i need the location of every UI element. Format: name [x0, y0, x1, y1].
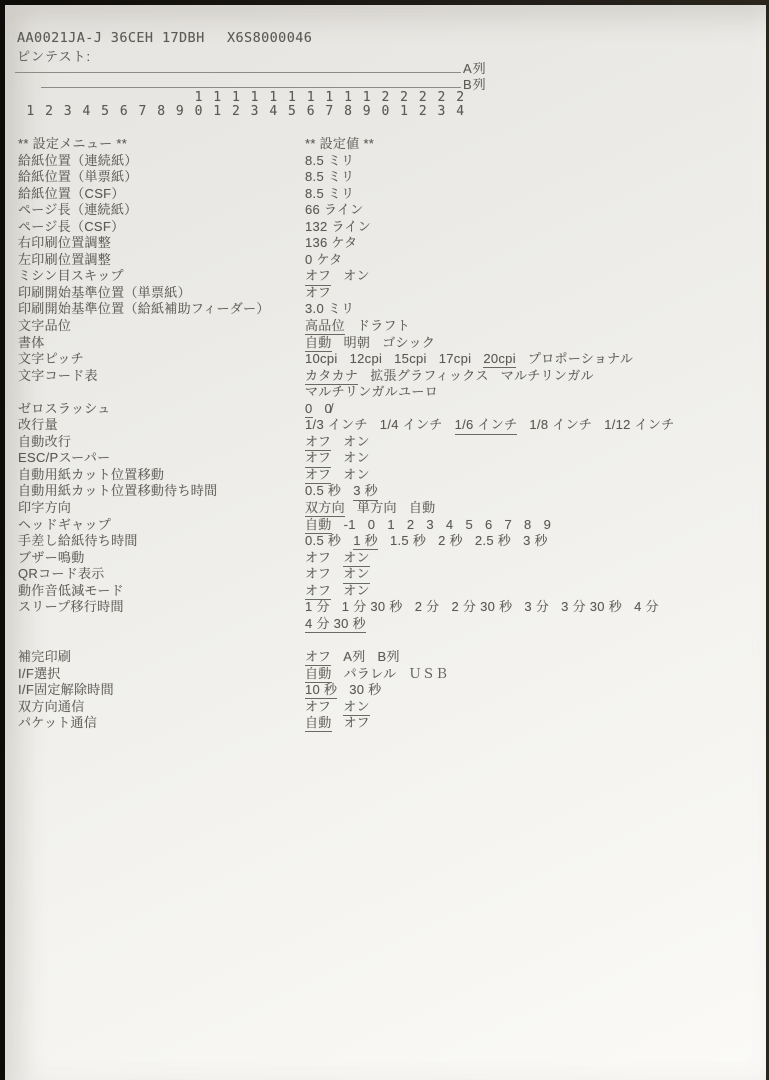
setting-value: 3.0 ミリ	[305, 301, 366, 317]
ruler-column: 9	[171, 91, 190, 119]
setting-value: オフオン	[305, 268, 382, 285]
settings-row: 印字方向双方向単方向自動	[18, 500, 758, 517]
setting-option-selected: カタカナ	[305, 368, 358, 385]
settings-row: ヘッドギャップ自動-10123456789	[18, 517, 758, 534]
setting-option: 0̸	[325, 401, 333, 417]
ruler-units-digit: 4	[264, 105, 283, 119]
settings-header-row: ** 設定メニュー **** 設定値 **	[18, 136, 758, 153]
setting-value: 自動パラレルＵＳＢ	[305, 666, 460, 683]
ruler-column: 3	[58, 91, 77, 119]
setting-value: 136 ケタ	[305, 235, 369, 251]
setting-value: 10cpi12cpi15cpi17cpi20cpiプロポーショナル	[305, 351, 645, 368]
pin-test-label: ピンテスト:	[17, 46, 91, 65]
setting-value: カタカナ拡張グラフィックスマルチリンガル	[305, 368, 606, 385]
setting-value: オフオン	[305, 699, 382, 716]
ruler-tens-digit	[114, 91, 133, 105]
setting-option: オン	[343, 450, 370, 466]
ruler-tens-digit	[21, 91, 40, 105]
setting-option-selected: 自動	[305, 715, 332, 732]
ruler-tens-digit: 1	[208, 91, 227, 105]
setting-option: マルチリンガルユーロ	[305, 384, 438, 400]
setting-option: 66 ライン	[305, 202, 363, 218]
setting-option: マルチリンガル	[501, 368, 594, 384]
setting-value: マルチリンガルユーロ	[305, 384, 450, 400]
ruler-tens-digit: 2	[413, 91, 432, 105]
setting-value: 10 秒30 秒	[305, 682, 394, 699]
pin-row-a-line	[15, 72, 461, 73]
setting-option-selected: オフ	[305, 649, 331, 666]
setting-option: 9	[544, 517, 552, 533]
setting-option: 8.5 ミリ	[305, 169, 354, 185]
setting-option: 4 分	[634, 599, 659, 615]
setting-label: 左印刷位置調整	[18, 252, 111, 268]
ruler-column: 12	[227, 91, 246, 119]
setting-label: パケット通信	[18, 715, 97, 731]
setting-option: 1	[387, 517, 395, 533]
setting-value: ** 設定値 **	[305, 136, 386, 152]
ruler-units-digit: 2	[413, 105, 432, 119]
setting-label: 文字品位	[18, 318, 71, 334]
setting-value: オフA列B列	[305, 649, 412, 666]
settings-row: ページ長（連続紙）66 ライン	[18, 202, 758, 219]
setting-option-selected: オン	[343, 550, 370, 567]
setting-option: 4	[446, 517, 454, 533]
ruler-tens-digit: 1	[301, 91, 320, 105]
setting-value: 双方向単方向自動	[305, 500, 447, 517]
ruler-column: 15	[283, 91, 302, 119]
settings-row: 自動用紙カット位置移動オフオン	[18, 467, 758, 484]
ruler-units-digit: 1	[21, 105, 40, 119]
setting-option: ** 設定値 **	[305, 136, 374, 152]
ruler-tens-digit	[77, 91, 96, 105]
ruler-units-digit: 3	[58, 105, 77, 119]
ruler-column: 7	[133, 91, 152, 119]
setting-option: オフ	[344, 715, 370, 731]
setting-option: 10cpi	[305, 351, 338, 367]
ruler-tens-digit: 2	[451, 91, 470, 105]
setting-label: 手差し給紙待ち時間	[18, 533, 138, 549]
setting-option: 1 分	[305, 599, 330, 615]
ruler-units-digit: 4	[77, 105, 96, 119]
setting-option: 0.5 秒	[305, 483, 341, 499]
settings-row: 印刷開始基準位置（単票紙）オフ	[18, 285, 758, 302]
setting-option: 1/4 インチ	[380, 417, 443, 433]
ruler-tens-digit: 1	[357, 91, 376, 105]
setting-value: 8.5 ミリ	[305, 153, 366, 169]
setting-option: 12cpi	[350, 351, 383, 367]
setting-label: 書体	[18, 335, 45, 351]
setting-option-selected: 20cpi	[483, 351, 516, 368]
printout-paper: AA0021JA-J 36CEH 17DBH X6S8000046 ピンテスト:…	[5, 5, 766, 1080]
setting-option-selected: 10 秒	[305, 682, 337, 699]
settings-row: I/F固定解除時間10 秒30 秒	[18, 682, 758, 699]
settings-row: ページ長（CSF）132 ライン	[18, 219, 758, 236]
setting-label: ページ長（連続紙）	[18, 202, 137, 218]
setting-option: 3.0 ミリ	[305, 301, 354, 317]
ruler-units-digit: 1	[208, 105, 227, 119]
ruler-tens-digit: 1	[339, 91, 358, 105]
setting-option: 2 分	[415, 599, 440, 615]
setting-label: 文字コード表	[18, 368, 98, 384]
settings-row: 自動改行オフオン	[18, 434, 758, 451]
settings-row: 双方向通信オフオン	[18, 699, 758, 716]
setting-option: ドラフト	[357, 318, 410, 334]
setting-option-selected: 双方向	[305, 500, 345, 517]
setting-option: 5	[465, 517, 473, 533]
setting-label: 改行量	[18, 417, 58, 433]
setting-option: 3 分 30 秒	[561, 599, 622, 615]
setting-option: 7	[505, 517, 513, 533]
setting-value: 4 分 30 秒	[305, 616, 378, 633]
setting-option: プロポーショナル	[528, 351, 633, 367]
setting-label: ** 設定メニュー **	[18, 136, 127, 152]
ruler-units-digit: 3	[432, 105, 451, 119]
setting-option-selected: オフ	[305, 450, 331, 467]
settings-row: QRコード表示オフオン	[18, 566, 758, 583]
setting-value: 高品位ドラフト	[305, 318, 422, 335]
setting-label: 自動用紙カット位置移動待ち時間	[18, 483, 217, 499]
setting-option: オフ	[305, 699, 331, 715]
setting-value: オフオン	[305, 450, 382, 467]
setting-option: 30 秒	[349, 682, 381, 698]
settings-row: スリープ移行時間1 分1 分 30 秒2 分2 分 30 秒3 分3 分 30 …	[18, 599, 758, 616]
setting-option-selected: 4 分 30 秒	[305, 616, 366, 633]
settings-row: 給紙位置（連続紙）8.5 ミリ	[18, 153, 758, 170]
setting-option: 明朝	[344, 335, 371, 351]
ruler-units-digit: 6	[301, 105, 320, 119]
ruler-column: 19	[357, 91, 376, 119]
setting-option-selected: オフ	[305, 434, 331, 451]
setting-option: A列	[343, 649, 365, 665]
setting-value: 1 分1 分 30 秒2 分2 分 30 秒3 分3 分 30 秒4 分	[305, 599, 671, 615]
ruler-units-digit: 8	[339, 105, 358, 119]
setting-label: 給紙位置（連続紙）	[18, 153, 138, 169]
settings-row: 左印刷位置調整0 ケタ	[18, 252, 758, 269]
settings-row: 書体自動明朝ゴシック	[18, 335, 758, 352]
ruler-units-digit: 2	[227, 105, 246, 119]
ruler-column: 4	[77, 91, 96, 119]
settings-row: 補完印刷オフA列B列	[18, 649, 758, 666]
ruler-tens-digit: 1	[264, 91, 283, 105]
setting-option: 3	[426, 517, 434, 533]
settings-row: 文字ピッチ10cpi12cpi15cpi17cpi20cpiプロポーショナル	[18, 351, 758, 368]
settings-row: 文字コード表カタカナ拡張グラフィックスマルチリンガル	[18, 368, 758, 385]
setting-option: 2	[407, 517, 415, 533]
setting-value: 自動明朝ゴシック	[305, 335, 447, 352]
ruler-tens-digit: 1	[283, 91, 302, 105]
ruler-column: 22	[413, 91, 432, 119]
setting-label: 印刷開始基準位置（給紙補助フィーダー）	[18, 301, 270, 317]
setting-option: ＵＳＢ	[409, 666, 449, 682]
setting-value: オフオン	[305, 550, 382, 567]
ruler-column: 10	[189, 91, 208, 119]
setting-option: 1/12 インチ	[604, 417, 674, 433]
setting-option: ゴシック	[382, 335, 435, 351]
setting-option: 8	[524, 517, 532, 533]
setting-label: I/F固定解除時間	[18, 682, 114, 698]
setting-option: パラレル	[344, 666, 397, 682]
ruler-tens-digit: 1	[189, 91, 208, 105]
printout-header: AA0021JA-J 36CEH 17DBH X6S8000046	[17, 30, 205, 46]
ruler-units-digit: 3	[245, 105, 264, 119]
ruler-tens-digit: 2	[395, 91, 414, 105]
setting-option: -1	[344, 517, 356, 533]
setting-option-selected: 自動	[305, 666, 332, 683]
ruler-tens-digit: 2	[432, 91, 451, 105]
ruler-units-digit: 6	[114, 105, 133, 119]
ruler-column: 23	[432, 91, 451, 119]
setting-option: オフ	[305, 550, 331, 566]
ruler-tens-digit	[133, 91, 152, 105]
settings-row: ブザー鳴動オフオン	[18, 550, 758, 567]
ruler-tens-digit	[152, 91, 171, 105]
ruler-units-digit: 9	[171, 105, 190, 119]
setting-option: オフ	[305, 285, 331, 301]
setting-value: 8.5 ミリ	[305, 169, 366, 185]
settings-row: ESC/Pスーパーオフオン	[18, 450, 758, 467]
ruler-column: 17	[320, 91, 339, 119]
ruler-units-digit: 0	[376, 105, 395, 119]
setting-label: 給紙位置（CSF）	[18, 186, 125, 202]
settings-row: パケット通信自動オフ	[18, 715, 758, 732]
setting-option: 1/3 インチ	[305, 417, 368, 433]
ruler-tens-digit: 2	[376, 91, 395, 105]
setting-option-selected: オフ	[305, 583, 331, 600]
setting-option: 拡張グラフィックス	[370, 368, 489, 384]
setting-option: 1 分 30 秒	[342, 599, 403, 615]
settings-row: 4 分 30 秒	[18, 616, 758, 633]
setting-label: 補完印刷	[18, 649, 71, 665]
ruler-units-digit: 7	[133, 105, 152, 119]
setting-option: 2.5 秒	[475, 533, 511, 549]
setting-value: オフオン	[305, 467, 382, 484]
settings-row: 給紙位置（単票紙）8.5 ミリ	[18, 169, 758, 186]
device-code: AA0021JA-J 36CEH 17DBH	[17, 30, 205, 46]
settings-row: ミシン目スキップオフオン	[18, 268, 758, 285]
setting-value: オフ	[305, 285, 343, 301]
pin-row-b-line	[41, 87, 461, 88]
ruler-column: 8	[152, 91, 171, 119]
ruler-column: 21	[395, 91, 414, 119]
ruler-tens-digit: 1	[245, 91, 264, 105]
ruler-column: 20	[376, 91, 395, 119]
settings-row: ゼロスラッシュ00̸	[18, 401, 758, 418]
setting-option: 15cpi	[394, 351, 427, 367]
setting-label: ヘッドギャップ	[18, 517, 111, 533]
setting-option: 136 ケタ	[305, 235, 357, 251]
photo-background: AA0021JA-J 36CEH 17DBH X6S8000046 ピンテスト:…	[0, 0, 769, 1080]
setting-value: オフオン	[305, 566, 382, 583]
setting-label: I/F選択	[18, 666, 61, 682]
setting-value: 1/3 インチ1/4 インチ1/6 インチ1/8 インチ1/12 インチ	[305, 417, 687, 434]
ruler-units-digit: 9	[357, 105, 376, 119]
setting-label: 給紙位置（単票紙）	[18, 169, 138, 185]
setting-value: 00̸	[305, 401, 344, 418]
setting-label: 印刷開始基準位置（単票紙）	[18, 285, 191, 301]
setting-option-selected: オフ	[305, 467, 331, 484]
settings-row: 動作音低減モードオフオン	[18, 583, 758, 600]
settings-table: ** 設定メニュー **** 設定値 **給紙位置（連続紙）8.5 ミリ給紙位置…	[18, 136, 758, 732]
setting-option: 0.5 秒	[305, 533, 341, 549]
ruler-tens-digit: 1	[320, 91, 339, 105]
setting-label: 自動改行	[18, 434, 71, 450]
setting-option: 1.5 秒	[390, 533, 426, 549]
ruler-column: 2	[40, 91, 59, 119]
ruler-units-digit: 5	[283, 105, 302, 119]
setting-option: 17cpi	[439, 351, 472, 367]
setting-option-selected: オン	[343, 566, 370, 583]
setting-value: 8.5 ミリ	[305, 186, 366, 202]
ruler-tens-digit: 1	[227, 91, 246, 105]
setting-option-selected: 1 秒	[353, 533, 378, 550]
setting-option: B列	[378, 649, 400, 665]
ruler-tens-digit	[96, 91, 115, 105]
setting-option: オン	[343, 583, 370, 599]
setting-option-selected: 高品位	[305, 318, 345, 335]
setting-option: 0	[368, 517, 376, 533]
settings-row: 印刷開始基準位置（給紙補助フィーダー）3.0 ミリ	[18, 301, 758, 318]
setting-label: ブザー鳴動	[18, 550, 85, 566]
setting-value: 0 ケタ	[305, 252, 354, 268]
setting-label: 文字ピッチ	[18, 351, 84, 367]
ruler-column: 5	[96, 91, 115, 119]
setting-option-selected: 0	[305, 401, 313, 418]
setting-option: 8.5 ミリ	[305, 186, 354, 202]
setting-option-selected: 自動	[305, 517, 332, 534]
setting-label: QRコード表示	[18, 566, 105, 582]
ruler-column: 11	[208, 91, 227, 119]
column-ruler: 123456789101112131415161718192021222324	[21, 91, 470, 119]
setting-value: 66 ライン	[305, 202, 375, 218]
setting-value: 0.5 秒3 秒	[305, 483, 390, 500]
setting-label: ミシン目スキップ	[18, 268, 124, 284]
setting-value: オフオン	[305, 583, 382, 600]
ruler-units-digit: 5	[96, 105, 115, 119]
setting-label: 双方向通信	[18, 699, 85, 715]
setting-option: オン	[343, 268, 370, 284]
setting-value: 自動-10123456789	[305, 517, 563, 534]
setting-option: 6	[485, 517, 493, 533]
ruler-column: 14	[264, 91, 283, 119]
setting-option-selected: オフ	[305, 268, 331, 285]
ruler-units-digit: 1	[395, 105, 414, 119]
ruler-column: 1	[21, 91, 40, 119]
setting-label: ページ長（CSF）	[18, 219, 124, 235]
setting-value: 0.5 秒1 秒1.5 秒2 秒2.5 秒3 秒	[305, 533, 560, 550]
setting-option-selected: 1/6 インチ	[455, 417, 518, 434]
settings-row: 改行量1/3 インチ1/4 インチ1/6 インチ1/8 インチ1/12 インチ	[18, 417, 758, 434]
settings-gap-row	[18, 632, 758, 649]
settings-row: 手差し給紙待ち時間0.5 秒1 秒1.5 秒2 秒2.5 秒3 秒	[18, 533, 758, 550]
setting-value: 自動オフ	[305, 715, 382, 732]
ruler-tens-digit	[171, 91, 190, 105]
ruler-units-digit: 7	[320, 105, 339, 119]
setting-option: オン	[343, 467, 370, 483]
setting-label: 動作音低減モード	[18, 583, 124, 599]
setting-option: 自動	[409, 500, 436, 516]
ruler-units-digit: 2	[40, 105, 59, 119]
settings-row: 文字品位高品位ドラフト	[18, 318, 758, 335]
setting-option: 8.5 ミリ	[305, 153, 354, 169]
settings-row: マルチリンガルユーロ	[18, 384, 758, 401]
setting-label: 印字方向	[18, 500, 71, 516]
settings-row: 自動用紙カット位置移動待ち時間0.5 秒3 秒	[18, 483, 758, 500]
ruler-column: 18	[339, 91, 358, 119]
ruler-units-digit: 8	[152, 105, 171, 119]
ruler-units-digit: 0	[189, 105, 208, 119]
setting-option: 1/8 インチ	[529, 417, 592, 433]
settings-row: I/F選択自動パラレルＵＳＢ	[18, 666, 758, 683]
setting-option: 3 秒	[523, 533, 548, 549]
setting-option: 132 ライン	[305, 219, 371, 235]
setting-value: 132 ライン	[305, 219, 383, 235]
ruler-column: 16	[301, 91, 320, 119]
setting-option: 2 分 30 秒	[451, 599, 512, 615]
setting-label: 右印刷位置調整	[18, 235, 111, 251]
device-serial: X6S8000046	[227, 30, 312, 46]
setting-value: オフオン	[305, 434, 382, 451]
ruler-column: 6	[114, 91, 133, 119]
setting-option-selected: 3 秒	[353, 483, 378, 500]
setting-option: 2 秒	[438, 533, 463, 549]
setting-label: ゼロスラッシュ	[18, 401, 111, 417]
setting-option: 0 ケタ	[305, 252, 342, 268]
setting-option: オフ	[305, 566, 331, 582]
setting-option-selected: 自動	[305, 335, 332, 352]
setting-label: スリープ移行時間	[18, 599, 124, 615]
ruler-tens-digit	[58, 91, 77, 105]
settings-row: 右印刷位置調整136 ケタ	[18, 235, 758, 252]
setting-option: オン	[343, 434, 370, 450]
setting-label: ESC/Pスーパー	[18, 450, 110, 466]
setting-option-selected: オン	[343, 699, 370, 716]
setting-label: 自動用紙カット位置移動	[18, 467, 164, 483]
settings-row: 給紙位置（CSF）8.5 ミリ	[18, 186, 758, 203]
setting-option: 3 分	[524, 599, 549, 615]
ruler-units-digit: 4	[451, 105, 470, 119]
ruler-tens-digit	[40, 91, 59, 105]
ruler-column: 13	[245, 91, 264, 119]
ruler-column: 24	[451, 91, 470, 119]
setting-option: 単方向	[357, 500, 397, 516]
